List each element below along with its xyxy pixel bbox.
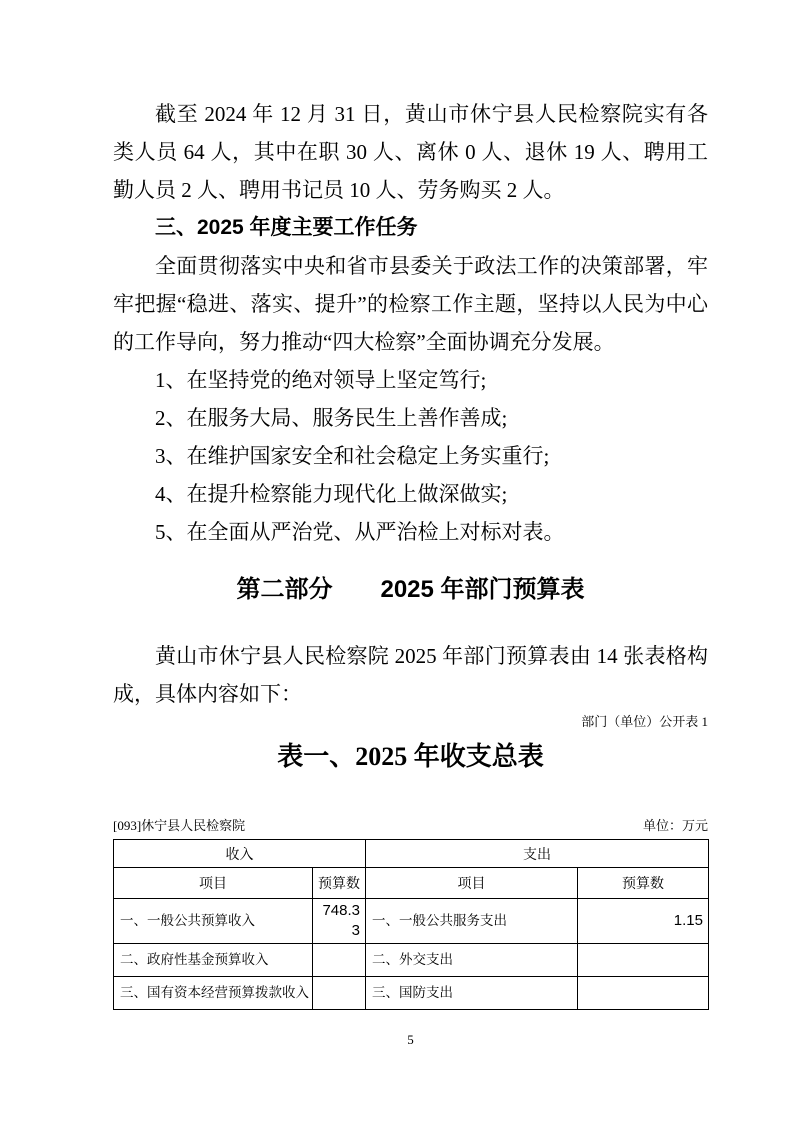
unit-label: 单位：万元 — [643, 817, 708, 835]
income-item-header: 项目 — [114, 868, 313, 899]
table-row: 一、一般公共预算收入 748.33 一、一般公共服务支出 1.15 — [114, 899, 709, 944]
page-content: 截至 2024 年 12 月 31 日，黄山市休宁县人民检察院实有各类人员 64… — [0, 0, 793, 1048]
table-title: 表一、2025 年收支总表 — [113, 739, 708, 775]
expense-budget-cell — [578, 977, 709, 1010]
task-item-3: 3、在维护国家安全和社会稳定上务实重行; — [113, 437, 708, 475]
expense-item-cell: 一、一般公共服务支出 — [366, 899, 578, 944]
income-budget-cell — [313, 977, 366, 1010]
table-group-header-row: 收入 支出 — [114, 840, 709, 868]
expense-item-header: 项目 — [366, 868, 578, 899]
table-row: 三、国有资本经营预算拨款收入 三、国防支出 — [114, 977, 709, 1010]
expense-budget-cell: 1.15 — [578, 899, 709, 944]
public-table-note: 部门（单位）公开表 1 — [113, 713, 708, 731]
expense-item-cell: 三、国防支出 — [366, 977, 578, 1010]
part2-heading: 第二部分 2025 年部门预算表 — [113, 571, 708, 609]
org-code-name: [093]休宁县人民检察院 — [113, 817, 245, 835]
income-item-cell: 二、政府性基金预算收入 — [114, 944, 313, 977]
expense-group-header: 支出 — [366, 840, 709, 868]
expense-budget-header: 预算数 — [578, 868, 709, 899]
paragraph-tables-intro: 黄山市休宁县人民检察院 2025 年部门预算表由 14 张表格构成，具体内容如下… — [113, 637, 708, 713]
document-page: 截至 2024 年 12 月 31 日，黄山市休宁县人民检察院实有各类人员 64… — [0, 0, 793, 1122]
task-item-1: 1、在坚持党的绝对领导上坚定笃行; — [113, 361, 708, 399]
paragraph-staffing: 截至 2024 年 12 月 31 日，黄山市休宁县人民检察院实有各类人员 64… — [113, 95, 708, 209]
income-item-cell: 一、一般公共预算收入 — [114, 899, 313, 944]
expense-budget-cell — [578, 944, 709, 977]
table-caption-row: [093]休宁县人民检察院 单位：万元 — [113, 817, 708, 835]
income-group-header: 收入 — [114, 840, 366, 868]
income-budget-cell: 748.33 — [313, 899, 366, 944]
table-row: 二、政府性基金预算收入 二、外交支出 — [114, 944, 709, 977]
expense-item-cell: 二、外交支出 — [366, 944, 578, 977]
income-budget-cell — [313, 944, 366, 977]
page-number: 5 — [113, 1032, 708, 1048]
paragraph-tasks-intro: 全面贯彻落实中央和省市县委关于政法工作的决策部署，牢牢把握“稳进、落实、提升”的… — [113, 247, 708, 361]
income-item-cell: 三、国有资本经营预算拨款收入 — [114, 977, 313, 1010]
task-item-4: 4、在提升检察能力现代化上做深做实; — [113, 475, 708, 513]
income-budget-header: 预算数 — [313, 868, 366, 899]
task-item-2: 2、在服务大局、服务民生上善作善成; — [113, 399, 708, 437]
table-column-header-row: 项目 预算数 项目 预算数 — [114, 868, 709, 899]
section-heading-work-tasks: 三、2025 年度主要工作任务 — [113, 209, 708, 247]
budget-summary-table: 收入 支出 项目 预算数 项目 预算数 一、一般公共预算收入 748.33 一、… — [113, 839, 709, 1010]
task-item-5: 5、在全面从严治党、从严治检上对标对表。 — [113, 513, 708, 551]
